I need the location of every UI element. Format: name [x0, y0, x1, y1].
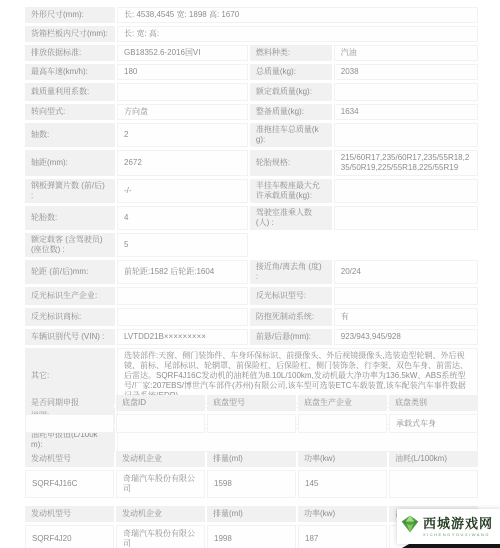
chassis-header: 是否同期申报 [25, 395, 114, 411]
spec-value [334, 287, 478, 305]
chassis-header: 底盘生产企业 [298, 395, 387, 411]
spec-row-speed-mass: 最高车速(km/h): 180 总质量(kg): 2038 [25, 64, 478, 80]
spec-label: 货箱栏板内尺寸(mm): [25, 26, 115, 42]
chassis-cell [207, 414, 296, 433]
spec-empty-cell [334, 233, 478, 257]
spec-label: 载质量利用系数: [25, 83, 115, 101]
spec-empty-cell [250, 233, 332, 257]
spec-value [117, 287, 248, 305]
spec-label: 驾驶室准乘人数 (人) : [250, 206, 332, 230]
spec-label: 排放依据标准: [25, 45, 115, 61]
engine-header: 功率(kw) [298, 451, 387, 467]
spec-row-cargo-box: 货箱栏板内尺寸(mm): 长: 宽: 高: [25, 26, 478, 42]
spec-value: 前轮距:1582 后轮距:1604 [117, 260, 248, 284]
spec-label: 额定载客 (含驾驶员) (座位数) : [25, 233, 115, 257]
spec-value: 有 [334, 308, 478, 326]
spec-row-seating: 额定载客 (含驾驶员) (座位数) : 5 [25, 233, 478, 257]
spec-row-dimensions: 外形尺寸(mm): 长: 4538,4545 宽: 1898 高: 1670 [25, 7, 478, 23]
spec-value [334, 123, 478, 147]
spec-row-emission-fuel: 排放依据标准: GB18352.6-2016国VI 燃料种类: 汽油 [25, 45, 478, 61]
spec-row-track-angles: 轮距 (前/后)mm: 前轮距:1582 后轮距:1604 接近角/离去角 (度… [25, 260, 478, 284]
spec-label: 转向型式: [25, 104, 115, 120]
spec-label: 外形尺寸(mm): [25, 7, 115, 23]
spec-value [334, 206, 478, 230]
chassis-header: 底盘ID [116, 395, 205, 411]
spec-value: 215/60R17,235/60R17,235/55R18,235/50R19,… [334, 150, 478, 176]
spec-label: 准拖挂车总质量(kg): [250, 123, 332, 147]
chassis-cell [25, 414, 114, 433]
spec-label: 前悬/后悬(mm): [250, 329, 332, 345]
spec-label: 反光标识型号: [250, 287, 332, 305]
spec-row-wheelbase-tires: 轴距(mm): 2672 轮胎规格: 215/60R17,235/60R17,2… [25, 150, 478, 176]
spec-value: 长: 4538,4545 宽: 1898 高: 1670 [117, 7, 478, 23]
spec-label: 钢板弹簧片数 (前/后) : [25, 179, 115, 203]
engine-cell-displacement: 1598 [207, 470, 296, 498]
engine-header-row: 发动机型号 发动机企业 排量(ml) 功率(kw) 油耗(L/100km) [25, 451, 478, 467]
spec-value [334, 179, 478, 203]
engine-cell-displacement: 1998 [207, 525, 296, 548]
spec-value [117, 308, 248, 326]
spec-label: 总质量(kg): [250, 64, 332, 80]
engine-value-row: SQRF4J16C 奇瑞汽车股份有限公司 1598 145 [25, 470, 478, 498]
spec-value: 汽油 [334, 45, 478, 61]
spec-value: 5 [117, 233, 248, 257]
chassis-header: 底盘型号 [207, 395, 296, 411]
spec-row-tire-count-cab: 轮胎数: 4 驾驶室准乘人数 (人) : [25, 206, 478, 230]
spec-value: LVTDD21B××××××××× [117, 329, 248, 345]
spec-row-load-factor: 载质量利用系数: 额定载质量(kg): [25, 83, 478, 101]
chassis-header: 底盘类别 [389, 395, 478, 411]
spec-row-reflective-maker: 反光标识生产企业: 反光标识型号: [25, 287, 478, 305]
spec-value: 2 [117, 123, 248, 147]
spec-label: 轮胎数: [25, 206, 115, 230]
spec-value: 2672 [117, 150, 248, 176]
spec-value: GB18352.6-2016国VI [117, 45, 248, 61]
engine-table-1: 发动机型号 发动机企业 排量(ml) 功率(kw) 油耗(L/100km) SQ… [23, 448, 480, 501]
engine-cell-maker: 奇瑞汽车股份有限公司 [116, 470, 205, 498]
spec-value: -/- [117, 179, 248, 203]
spec-label: 反光标识商标: [25, 308, 115, 326]
chassis-header-row: 是否同期申报 底盘ID 底盘型号 底盘生产企业 底盘类别 [25, 395, 478, 411]
engine-cell-model: SQRF4J16C [25, 470, 114, 498]
spec-value: 923/943,945/928 [334, 329, 478, 345]
chassis-table: 是否同期申报 底盘ID 底盘型号 底盘生产企业 底盘类别 承载式车身 [23, 392, 480, 436]
engine-cell-maker: 奇瑞汽车股份有限公司 [116, 525, 205, 548]
spec-label: 接近角/离去角 (度) : [250, 260, 332, 284]
spec-value: 方向盘 [117, 104, 248, 120]
spec-label: 整备质量(kg): [250, 104, 332, 120]
spec-label: 最高车速(km/h): [25, 64, 115, 80]
engine-header: 发动机企业 [116, 506, 205, 522]
engine-cell-model: SQRF4J20 [25, 525, 114, 548]
engine-header: 油耗(L/100km) [389, 451, 478, 467]
engine-cell-power: 187 [298, 525, 387, 548]
spec-label: 轮胎规格: [250, 150, 332, 176]
gem-logo-icon [400, 514, 420, 539]
engine-cell-fuel [389, 470, 478, 498]
engine-cell-power: 145 [298, 470, 387, 498]
chassis-value-row: 承载式车身 [25, 414, 478, 433]
spec-value: 4 [117, 206, 248, 230]
spec-label: 轴距(mm): [25, 150, 115, 176]
spec-value: 长: 宽: 高: [117, 26, 478, 42]
engine-header: 发动机型号 [25, 506, 114, 522]
spec-label: 反光标识生产企业: [25, 287, 115, 305]
engine-header: 排量(ml) [207, 451, 296, 467]
spec-row-steering-curb: 转向型式: 方向盘 整备质量(kg): 1634 [25, 104, 478, 120]
chassis-cell: 承载式车身 [389, 414, 478, 433]
spec-row-reflective-brand-abs: 反光标识商标: 防抱死制动系统: 有 [25, 308, 478, 326]
spec-value: 1634 [334, 104, 478, 120]
spec-value: 2038 [334, 64, 478, 80]
spec-value: 20/24 [334, 260, 478, 284]
spec-label: 轴数: [25, 123, 115, 147]
watermark-title: 西城游戏网 [423, 517, 493, 531]
spec-label: 车辆识别代号 (VIN) : [25, 329, 115, 345]
spec-label: 防抱死制动系统: [250, 308, 332, 326]
spec-value: 180 [117, 64, 248, 80]
spec-row-springs-saddle: 钢板弹簧片数 (前/后) : -/- 半挂车鞍座最大允许承载质量(kg): [25, 179, 478, 203]
spec-value [334, 83, 478, 101]
engine-header: 功率(kw) [298, 506, 387, 522]
spec-label: 轮距 (前/后)mm: [25, 260, 115, 284]
engine-header: 发动机型号 [25, 451, 114, 467]
spec-value [117, 83, 248, 101]
spec-row-vin-overhang: 车辆识别代号 (VIN) : LVTDD21B××××××××× 前悬/后悬(m… [25, 329, 478, 345]
watermark-text-block: 西城游戏网 XICHENGYOUXIWANG [423, 517, 493, 537]
spec-label: 燃料种类: [250, 45, 332, 61]
watermark-subtext: XICHENGYOUXIWANG [423, 532, 493, 537]
chassis-cell [298, 414, 387, 433]
vehicle-spec-table: 外形尺寸(mm): 长: 4538,4545 宽: 1898 高: 1670 货… [23, 4, 480, 455]
chassis-cell [116, 414, 205, 433]
spec-label: 额定载质量(kg): [250, 83, 332, 101]
spec-row-axles-trailer: 轴数: 2 准拖挂车总质量(kg): [25, 123, 478, 147]
spec-label: 半挂车鞍座最大允许承载质量(kg): [250, 179, 332, 203]
watermark-badge: 西城游戏网 XICHENGYOUXIWANG [397, 509, 500, 544]
engine-header: 排量(ml) [207, 506, 296, 522]
engine-header: 发动机企业 [116, 451, 205, 467]
